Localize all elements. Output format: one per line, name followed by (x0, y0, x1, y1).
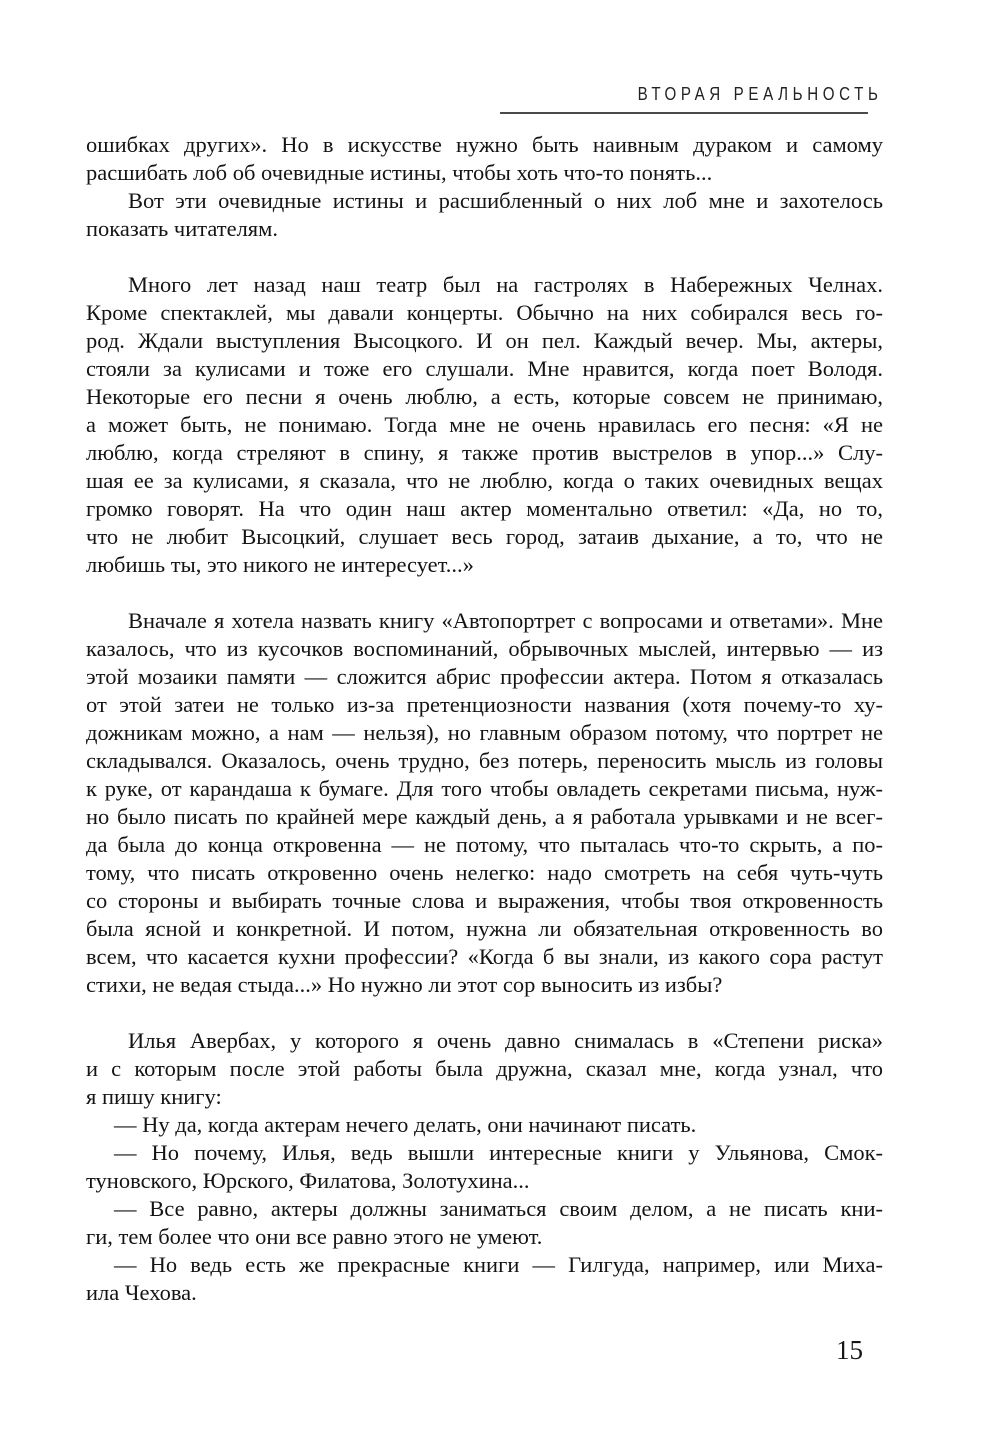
paragraph: Вот эти очевидные истины и расшибленный … (86, 187, 883, 243)
paragraph: — Но почему, Илья, ведь вышли интересные… (86, 1139, 883, 1195)
text-block: ошибках других». Но в искусстве нужно бы… (86, 131, 883, 1307)
text-line: любишь ты, это никого не интересует...» (86, 551, 883, 579)
text-line: — Но ведь есть же прекрасные книги — Гил… (86, 1251, 883, 1279)
text-line: шая ее за кулисами, я сказала, что не лю… (86, 467, 883, 495)
text-line: Вначале я хотела назвать книгу «Автопорт… (86, 607, 883, 635)
text-line: складывался. Оказалось, очень трудно, бе… (86, 747, 883, 775)
text-line: стихи, не ведая стыда...» Но нужно ли эт… (86, 971, 883, 999)
text-line: — Ну да, когда актерам нечего делать, он… (86, 1111, 883, 1139)
text-line: к руке, от карандаша к бумаге. Для того … (86, 775, 883, 803)
text-line: Некоторые его песни я очень люблю, а ест… (86, 383, 883, 411)
text-line: — Но почему, Илья, ведь вышли интересные… (86, 1139, 883, 1167)
text-line: и с которым после этой работы была дружн… (86, 1055, 883, 1083)
text-line: Кроме спектаклей, мы давали концерты. Об… (86, 299, 883, 327)
text-line: но было писать по крайней мере каждый де… (86, 803, 883, 831)
paragraph: Илья Авербах, у которого я очень давно с… (86, 1027, 883, 1111)
text-line: ги, тем более что они все равно этого не… (86, 1223, 883, 1251)
text-line: род. Ждали выступления Высоцкого. И он п… (86, 327, 883, 355)
paragraph: Вначале я хотела назвать книгу «Автопорт… (86, 607, 883, 999)
text-line: да была до конца откровенна — не потому,… (86, 831, 883, 859)
text-line: что не любит Высоцкий, слушает весь горо… (86, 523, 883, 551)
text-line: этой мозаики памяти — сложится абрис про… (86, 663, 883, 691)
text-line: всем, что касается кухни профессии? «Ког… (86, 943, 883, 971)
text-line: а может быть, не понимаю. Тогда мне не о… (86, 411, 883, 439)
text-line: ошибках других». Но в искусстве нужно бы… (86, 131, 883, 159)
running-header: ВТОРАЯ РЕАЛЬНОСТЬ (638, 84, 883, 105)
text-line: дожникам можно, а нам — нельзя), но глав… (86, 719, 883, 747)
text-line: стояли за кулисами и тоже его слушали. М… (86, 355, 883, 383)
paragraph: ошибках других». Но в искусстве нужно бы… (86, 131, 883, 187)
text-line: — Все равно, актеры должны заниматься св… (86, 1195, 883, 1223)
text-line: ила Чехова. (86, 1279, 883, 1307)
paragraph: — Все равно, актеры должны заниматься св… (86, 1195, 883, 1251)
text-line: была ясной и конкретной. И потом, нужна … (86, 915, 883, 943)
text-line: громко говорят. На что один наш актер мо… (86, 495, 883, 523)
text-line: казалось, что из кусочков воспоминаний, … (86, 635, 883, 663)
text-line: люблю, когда стреляют в спину, я также п… (86, 439, 883, 467)
text-line: расшибать лоб об очевидные истины, чтобы… (86, 159, 883, 187)
text-line: Вот эти очевидные истины и расшибленный … (86, 187, 883, 215)
text-line: Много лет назад наш театр был на гастрол… (86, 271, 883, 299)
page-number: 15 (836, 1335, 863, 1366)
text-line: со стороны и выбирать точные слова и выр… (86, 887, 883, 915)
text-line: от этой затеи не только из-за претенциоз… (86, 691, 883, 719)
paragraph: Много лет назад наш театр был на гастрол… (86, 271, 883, 579)
paragraph: — Ну да, когда актерам нечего делать, он… (86, 1111, 883, 1139)
book-page: ВТОРАЯ РЕАЛЬНОСТЬ ошибках других». Но в … (0, 0, 986, 1447)
text-line: тому, что писать откровенно очень нелегк… (86, 859, 883, 887)
text-line: показать читателям. (86, 215, 883, 243)
header-rule (500, 112, 868, 114)
text-line: Илья Авербах, у которого я очень давно с… (86, 1027, 883, 1055)
text-line: я пишу книгу: (86, 1083, 883, 1111)
text-line: туновского, Юрского, Филатова, Золотухин… (86, 1167, 883, 1195)
paragraph: — Но ведь есть же прекрасные книги — Гил… (86, 1251, 883, 1307)
